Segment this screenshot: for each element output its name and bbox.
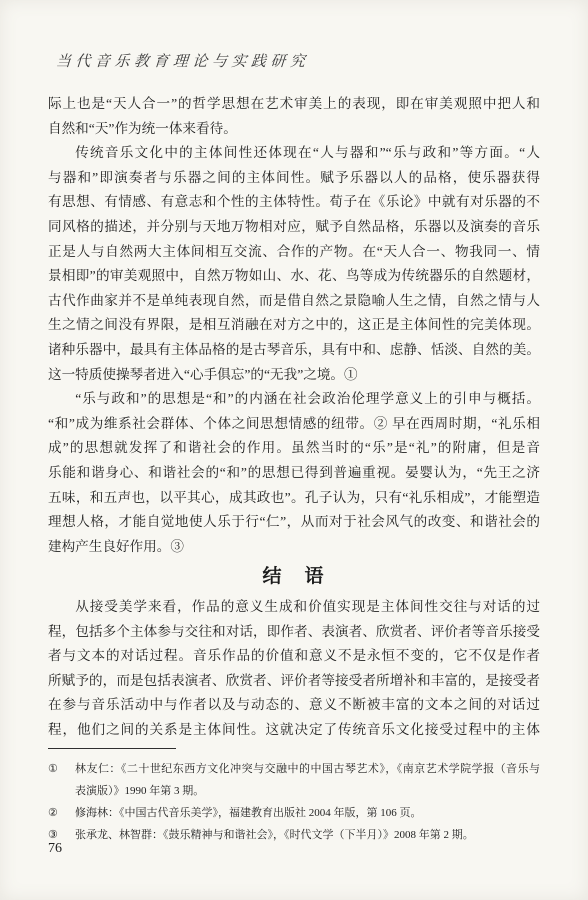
text-line: 所赋予的，而是包括表演者、欣赏者、评价者等接受者所增补和丰富的，是接受者: [48, 669, 540, 694]
footnote-marker: ②: [48, 802, 75, 824]
text-line: 乐能和谐身心、和谐社会的“和”的思想已得到普遍重视。晏婴认为，“先王之济: [48, 461, 540, 486]
page-number: 76: [48, 841, 62, 857]
text-line: “和”成为维系社会群体、个体之间思想情感的纽带。② 早在西周时期，“礼乐相: [48, 412, 540, 437]
footnote-marker: ①: [48, 758, 75, 780]
conclusion-paragraph: 从接受美学来看，作品的意义生成和价值实现是主体间性交往与对话的过 程，包括多个主…: [48, 595, 540, 743]
text-line: 程，包括多个主体参与交往和对话，即作者、表演者、欣赏者、评价者等音乐接受: [48, 620, 540, 645]
section-heading: 结 语: [0, 561, 588, 588]
footnote-text-line: 表演版）》1990 年第 3 期。: [75, 780, 540, 802]
text-line: 正是人与自然两大主体间相互交流、合作的产物。在“天人合一、物我同一、情: [48, 240, 540, 265]
text-line: 诸种乐器中，最具有主体品格的是古琴音乐，具有中和、虑静、恬淡、自然的美。: [48, 338, 540, 363]
footnote: ③ 张承龙、林智群：《鼓乐精神与和谐社会》，《时代文学（下半月）》2008 年第…: [48, 824, 540, 846]
text-line: 在参与音乐活动中与作者以及与动态的、意义不断被丰富的文本之间的对话过: [48, 693, 540, 718]
footnotes-block: ① 林友仁：《二十世纪东西方文化冲突与交融中的中国古琴艺术》，《南京艺术学院学报…: [48, 758, 540, 846]
text-line: 际上也是“天人合一”的哲学思想在艺术审美上的表现，即在审美观照中把人和: [48, 92, 540, 117]
footnote-text-line: 张承龙、林智群：《鼓乐精神与和谐社会》，《时代文学（下半月）》2008 年第 2…: [75, 824, 540, 846]
text-line: 与器和”即演奏者与乐器之间的主体间性。赋予乐器以人的品格，使乐器获得: [48, 166, 540, 191]
text-line: 理想人格，才能自觉地使人乐于行“仁”，从而对于社会风气的改变、和谐社会的: [48, 510, 540, 535]
footnote: ① 林友仁：《二十世纪东西方文化冲突与交融中的中国古琴艺术》，《南京艺术学院学报…: [48, 758, 540, 802]
footnote: ② 修海林：《中国古代音乐美学》，福建教育出版社 2004 年版，第 106 页…: [48, 802, 540, 824]
text-line: 古代作曲家并不是单纯表现自然，而是借自然之景隐喻人生之情，自然之情与人: [48, 289, 540, 314]
paragraph: 际上也是“天人合一”的哲学思想在艺术审美上的表现，即在审美观照中把人和 自然和“…: [48, 92, 540, 141]
text-line: 传统音乐文化中的主体间性还体现在“人与器和”“乐与政和”等方面。“人: [48, 141, 540, 166]
text-line: 景相即”的审美观照中，自然万物如山、水、花、鸟等成为传统器乐的自然题材，: [48, 264, 540, 289]
text-line: 者与文本的对话过程。音乐作品的价值和意义不是永恒不变的，它不仅是作者: [48, 644, 540, 669]
paragraph: 传统音乐文化中的主体间性还体现在“人与器和”“乐与政和”等方面。“人 与器和”即…: [48, 141, 540, 387]
text-line: 自然和“天”作为统一体来看待。: [48, 117, 540, 142]
footnote-text-line: 修海林：《中国古代音乐美学》，福建教育出版社 2004 年版，第 106 页。: [75, 802, 540, 824]
paragraph: “乐与政和”的思想是“和”的内涵在社会政治伦理学意义上的引申与概括。 “和”成为…: [48, 387, 540, 559]
text-line: 同风格的描述，并分别与天地万物相对应，赋予自然品格，乐器以及演奏的音乐: [48, 215, 540, 240]
footnote-separator: [48, 748, 176, 749]
footnote-text-line: 林友仁：《二十世纪东西方文化冲突与交融中的中国古琴艺术》，《南京艺术学院学报（音…: [75, 758, 540, 780]
text-line: 程，他们之间的关系是主体间性。这就决定了传统音乐文化接受过程中的主体: [48, 718, 540, 743]
text-line: 这一特质使操琴者进入“心手俱忘”的“无我”之境。①: [48, 363, 540, 388]
text-line: 生之情之间没有界限，是相互消融在对方之中的，这正是主体间性的完美体现。: [48, 313, 540, 338]
text-line: 五味，和五声也，以平其心，成其政也”。孔子认为，只有“礼乐相成”，才能塑造: [48, 486, 540, 511]
running-header: 当代音乐教育理论与实践研究: [55, 50, 310, 71]
document-page: 当代音乐教育理论与实践研究 际上也是“天人合一”的哲学思想在艺术审美上的表现，即…: [0, 0, 588, 900]
text-line: 有思想、有情感、有意志和个性的主体特性。荀子在《乐论》中就有对乐器的不: [48, 190, 540, 215]
text-line: “乐与政和”的思想是“和”的内涵在社会政治伦理学意义上的引申与概括。: [48, 387, 540, 412]
main-text-block: 际上也是“天人合一”的哲学思想在艺术审美上的表现，即在审美观照中把人和 自然和“…: [48, 92, 540, 559]
text-line: 成”的思想就发挥了和谐社会的作用。虽然当时的“乐”是“礼”的附庸，但是音: [48, 436, 540, 461]
text-line: 建构产生良好作用。③: [48, 535, 540, 560]
text-line: 从接受美学来看，作品的意义生成和价值实现是主体间性交往与对话的过: [48, 595, 540, 620]
